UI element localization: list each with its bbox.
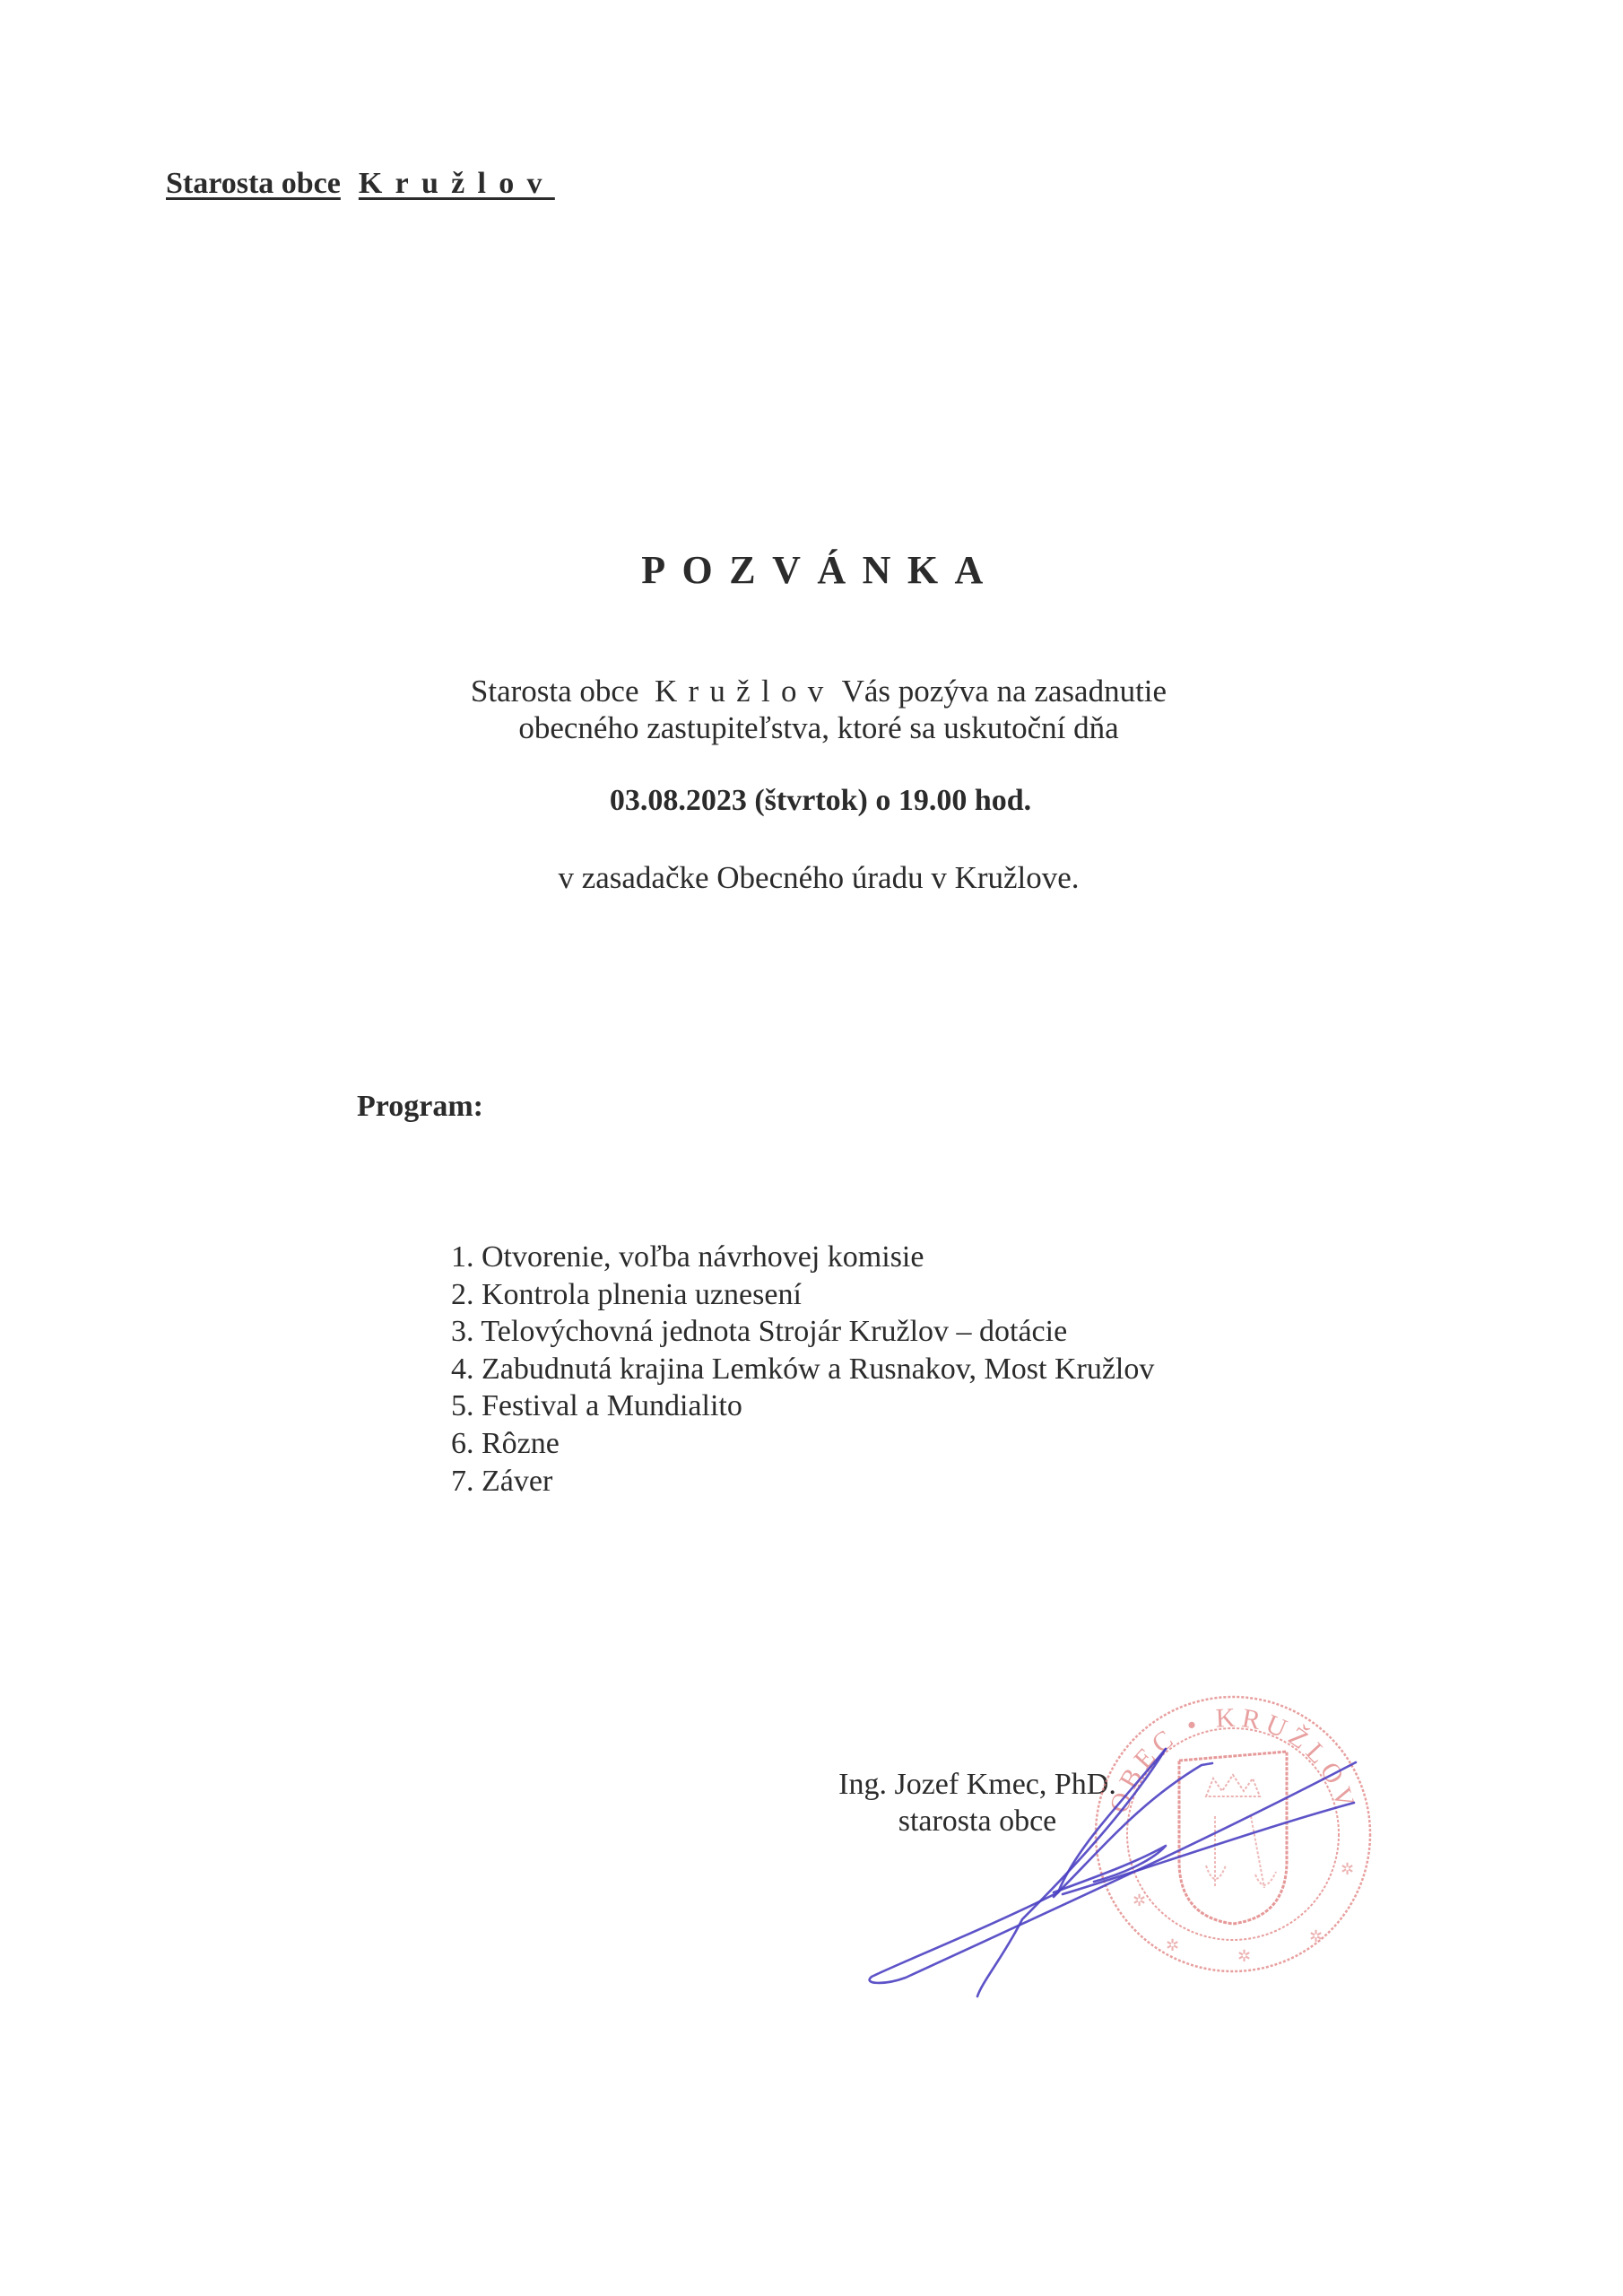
svg-text:✲: ✲ xyxy=(1237,1947,1251,1966)
svg-text:✲: ✲ xyxy=(1133,1892,1146,1910)
document-header: Starosta obceKružlov xyxy=(166,169,555,199)
program-item: 4. Zabudnutá krajina Lemków a Rusnakov, … xyxy=(451,1351,1154,1388)
program-item: 2. Kontrola plnenia uznesení xyxy=(451,1276,1154,1314)
meeting-place: v zasadačke Obecného úradu v Kružlove. xyxy=(0,862,1623,893)
invitation-suffix: Vás pozýva na zasadnutie xyxy=(842,674,1167,709)
header-prefix: Starosta obce xyxy=(166,167,341,200)
program-list: 1. Otvorenie, voľba návrhovej komisie 2.… xyxy=(451,1239,1154,1500)
svg-text:✲: ✲ xyxy=(1309,1927,1323,1946)
meeting-date-time: 03.08.2023 (štvrtok) o 19.00 hod. xyxy=(0,786,1623,816)
official-stamp-icon: OBEC • KRUŽLOV ✲ ✲ ✲ ✲ ✲ xyxy=(1081,1682,1385,1987)
stamp-text: OBEC • KRUŽLOV xyxy=(1104,1703,1361,1816)
svg-text:OBEC • KRUŽLOV: OBEC • KRUŽLOV xyxy=(1104,1703,1361,1816)
svg-text:✲: ✲ xyxy=(1341,1860,1354,1879)
invitation-line-1: Starosta obce Kružlov Vás pozýva na zasa… xyxy=(0,673,1623,709)
document-page: Starosta obceKružlov POZVÁNKA Starosta o… xyxy=(0,0,1623,2296)
invitation-line-2: obecného zastupiteľstva, ktoré sa uskuto… xyxy=(0,709,1623,746)
program-item: 7. Záver xyxy=(451,1463,1154,1500)
document-title: POZVÁNKA xyxy=(0,551,1623,590)
invitation-municipality: Kružlov xyxy=(655,674,834,709)
program-item: 1. Otvorenie, voľba návrhovej komisie xyxy=(451,1239,1154,1276)
invitation-prefix: Starosta obce xyxy=(471,674,639,709)
program-label: Program: xyxy=(357,1091,483,1122)
program-item: 5. Festival a Mundialito xyxy=(451,1387,1154,1425)
svg-text:✲: ✲ xyxy=(1166,1936,1179,1955)
program-item: 6. Rôzne xyxy=(451,1425,1154,1463)
header-municipality: Kružlov xyxy=(359,167,555,200)
program-item: 3. Telovýchovná jednota Strojár Kružlov … xyxy=(451,1313,1154,1351)
invitation-text: Starosta obce Kružlov Vás pozýva na zasa… xyxy=(0,673,1623,746)
